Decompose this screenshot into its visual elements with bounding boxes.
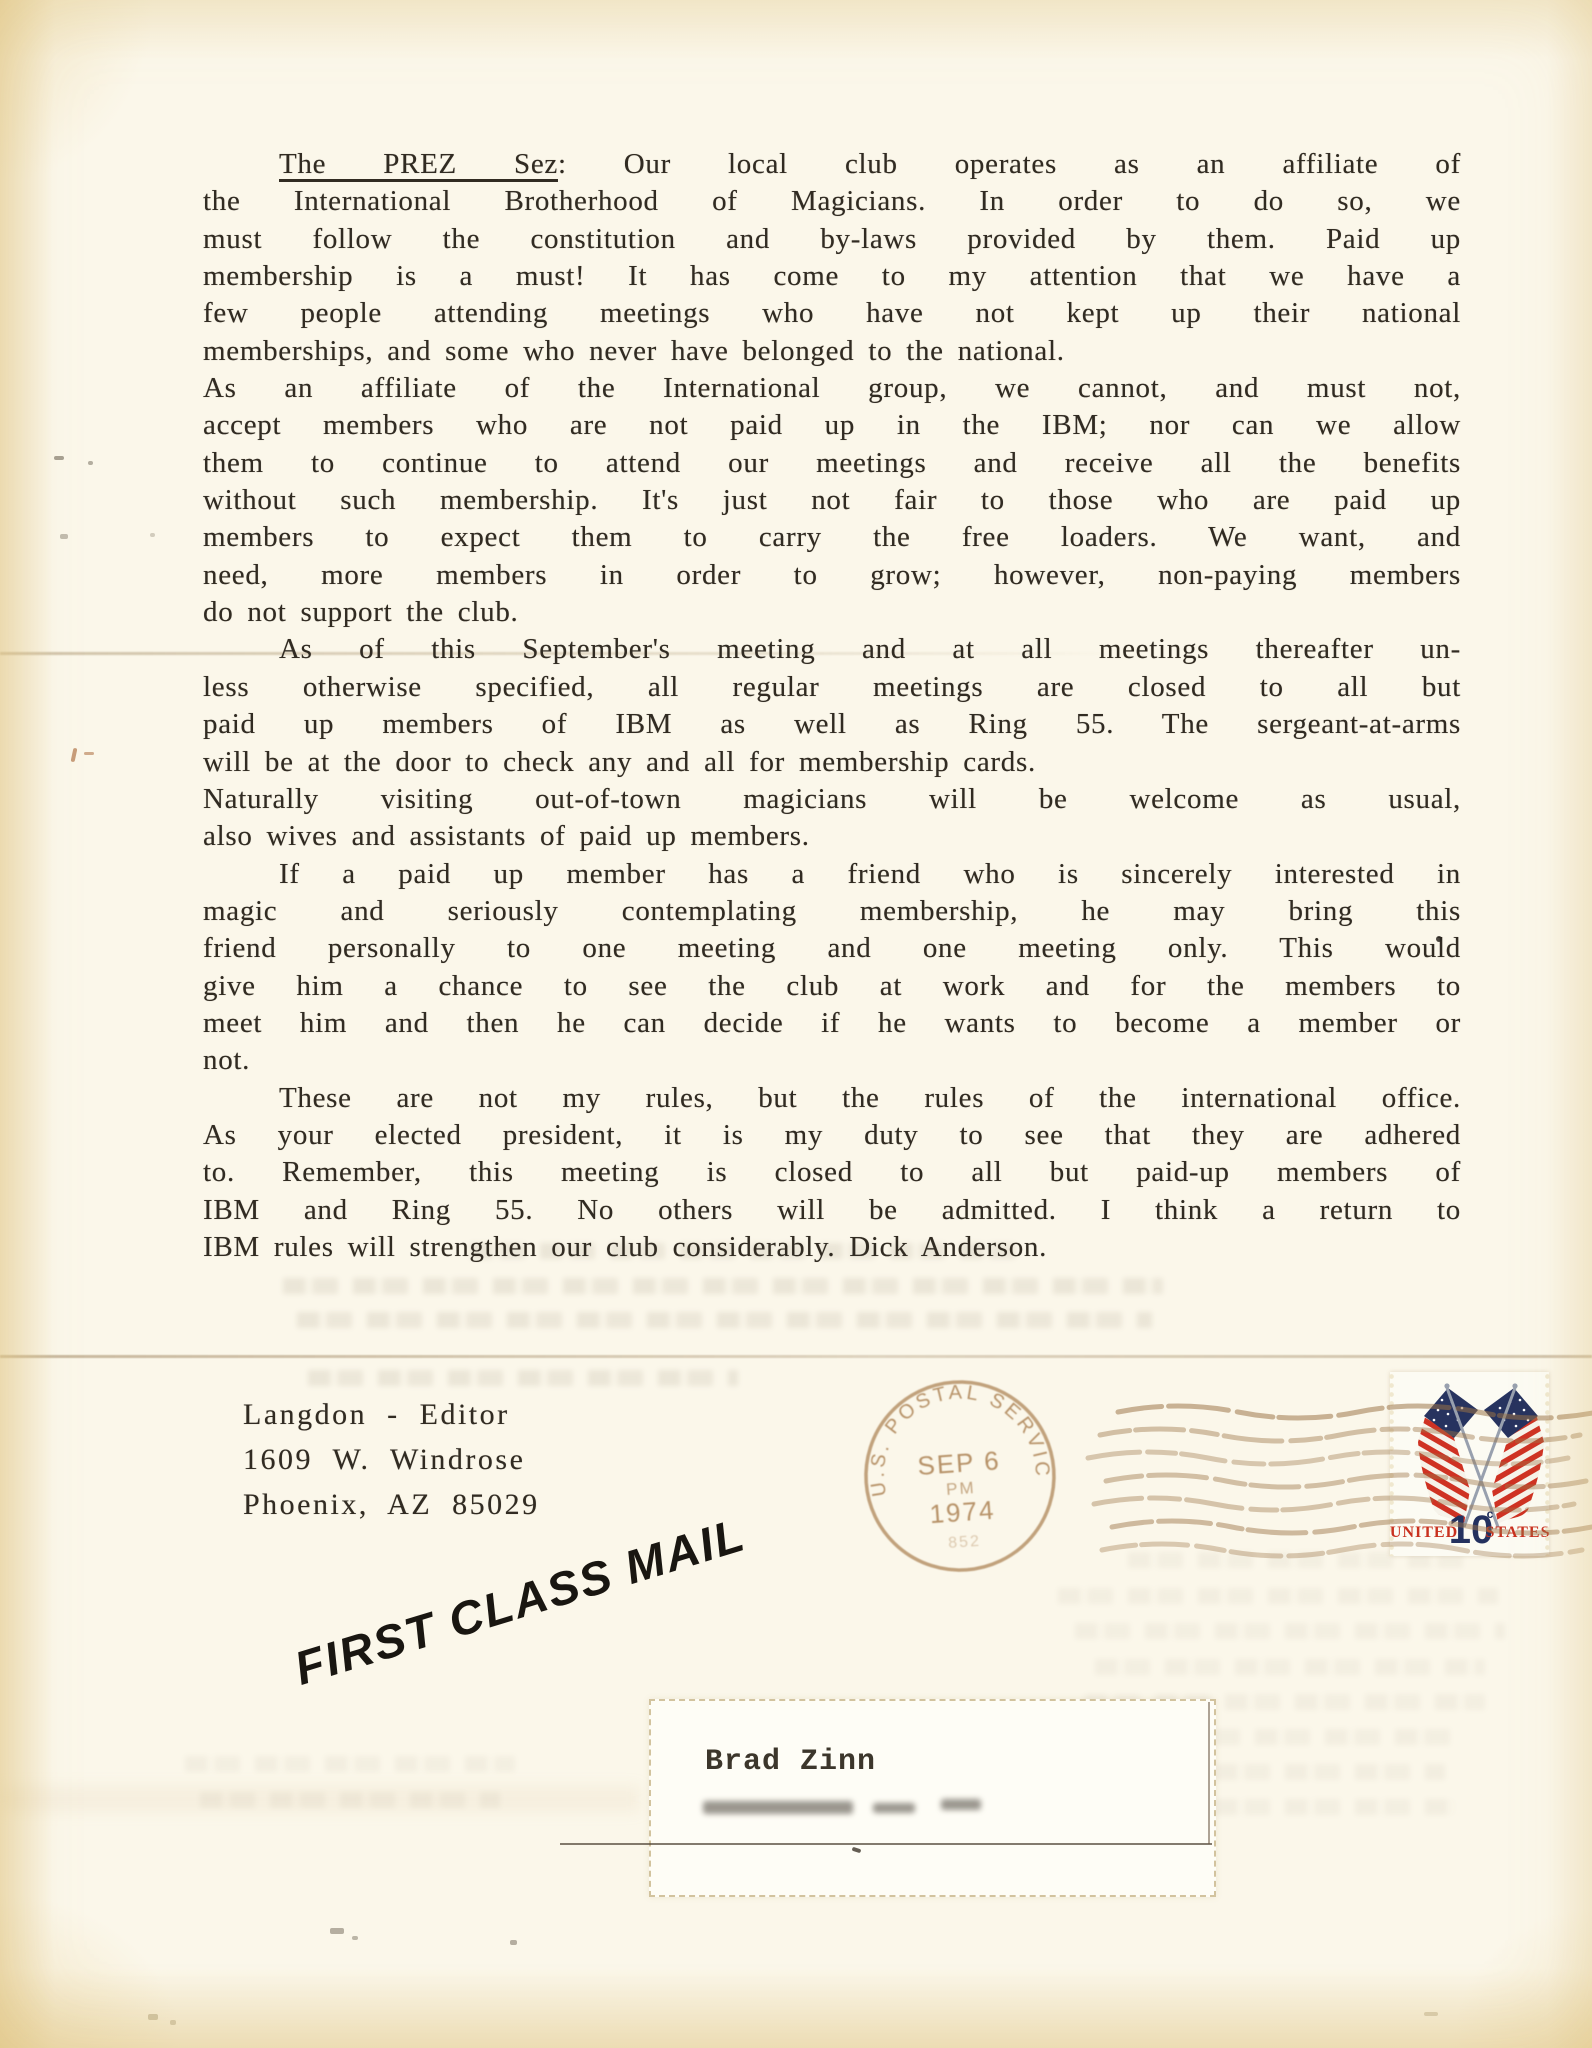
bleed-through-ghost-line [1075, 1623, 1505, 1639]
letter-line: do not support the club. [203, 594, 1461, 631]
letter-line: without such membership. It's just not f… [203, 482, 1461, 519]
letter-line: membership is a must! It has come to my … [203, 258, 1461, 295]
prez-sez-heading: The PREZ Sez [279, 148, 558, 180]
bleed-through-ghost-line [1095, 1659, 1485, 1675]
letter-line: to. Remember, this meeting is closed to … [203, 1154, 1461, 1191]
letter-line: meet him and then he can decide if he wa… [203, 1005, 1461, 1042]
letter-line: IBM and Ring 55. No others will be admit… [203, 1192, 1461, 1229]
letter-line: As your elected president, it is my duty… [203, 1117, 1461, 1154]
first-class-mail-stamp: FIRST CLASS MAIL [288, 1506, 752, 1695]
paper-speck [148, 2014, 158, 2020]
bleed-through-ghost-line [1058, 1588, 1498, 1604]
address-label: Brad Zinn [649, 1699, 1216, 1897]
red-pen-mark [71, 748, 78, 763]
letter-paragraph: If a paid up member has a friend who is … [203, 856, 1461, 1080]
letter-paragraph: These are not my rules, but the rules of… [203, 1080, 1461, 1267]
postmark-date: SEP 6 [916, 1445, 1001, 1481]
letter-line: magic and seriously contemplating member… [203, 893, 1461, 930]
paper-speck [170, 2020, 176, 2025]
erased-address-smudge [873, 1803, 915, 1813]
letter-line: members to expect them to carry the free… [203, 519, 1461, 556]
return-address-line: 1609 W. Windrose [243, 1437, 540, 1482]
paper-speck [54, 456, 64, 460]
letter-line: less otherwise specified, all regular me… [203, 669, 1461, 706]
erased-address-smudge [703, 1801, 853, 1814]
letter-line: accept members who are not paid up in th… [203, 407, 1461, 444]
label-horizontal-line [560, 1843, 1212, 1845]
paper-speck [352, 1936, 358, 1940]
recipient-name: Brad Zinn [705, 1745, 876, 1779]
paper-crease-lower [0, 1355, 1592, 1358]
letter-line: the International Brotherhood of Magicia… [203, 183, 1461, 220]
letter-line: not. [203, 1042, 1461, 1079]
ink-dot [1436, 936, 1442, 942]
scanned-newsletter-page: The PREZ Sez: Our local club operates as… [0, 0, 1592, 2048]
letter-line: As an affiliate of the International gro… [203, 370, 1461, 407]
paper-speck [1424, 2012, 1438, 2016]
erased-address-smudge [941, 1799, 981, 1810]
bleed-through-ghost-line [185, 1756, 515, 1772]
letter-line: must follow the constitution and by-laws… [203, 221, 1461, 258]
letter-body: The PREZ Sez: Our local club operates as… [203, 146, 1461, 1266]
bleed-through-ghost-line [283, 1278, 1163, 1294]
bleed-through-ghost-line [297, 1312, 1152, 1328]
red-pen-mark [84, 752, 94, 755]
paper-speck [88, 461, 93, 465]
return-address-line: Langdon - Editor [243, 1392, 540, 1437]
postmark-year: 1974 [929, 1495, 997, 1530]
letter-line: Naturally visiting out-of-town magicians… [203, 781, 1461, 818]
letter-line: few people attending meetings who have n… [203, 295, 1461, 332]
letter-line: will be at the door to check any and all… [203, 744, 1461, 781]
letter-line: paid up members of IBM as well as Ring 5… [203, 706, 1461, 743]
letter-line: also wives and assistants of paid up mem… [203, 818, 1461, 855]
letter-paragraph: The PREZ Sez: Our local club operates as… [203, 146, 1461, 631]
label-vertical-line [1208, 1702, 1210, 1844]
letter-line: If a paid up member has a friend who is … [203, 856, 1461, 893]
letter-line: These are not my rules, but the rules of… [203, 1080, 1461, 1117]
bleed-through-ghost-line [308, 1370, 738, 1386]
letter-line: give him a chance to see the club at wor… [203, 968, 1461, 1005]
letter-line: need, more members in order to grow; how… [203, 557, 1461, 594]
postmark: U.S. POSTAL SERVICE SEP 6 PM 1974 852 [851, 1367, 1070, 1586]
paper-speck [330, 1928, 344, 1934]
letter-line: The PREZ Sez: Our local club operates as… [203, 146, 1461, 183]
return-address-line: Phoenix, AZ 85029 [243, 1482, 540, 1527]
letter-line: IBM rules will strengthen our club consi… [203, 1229, 1461, 1266]
postmark-bottom-code: 852 [948, 1533, 982, 1552]
paper-speck [510, 1940, 517, 1945]
cancellation-wavy-lines [1078, 1398, 1592, 1568]
return-address: Langdon - Editor 1609 W. Windrose Phoeni… [243, 1392, 540, 1527]
letter-line: friend personally to one meeting and one… [203, 930, 1461, 967]
letter-line: them to continue to attend our meetings … [203, 445, 1461, 482]
letter-paragraph: As of this September's meeting and at al… [203, 631, 1461, 855]
bleed-through-ghost-line [200, 1792, 500, 1808]
paper-speck [60, 534, 68, 539]
letter-line: memberships, and some who never have bel… [203, 333, 1461, 370]
paper-speck [150, 533, 155, 537]
letter-line: As of this September's meeting and at al… [203, 631, 1461, 668]
